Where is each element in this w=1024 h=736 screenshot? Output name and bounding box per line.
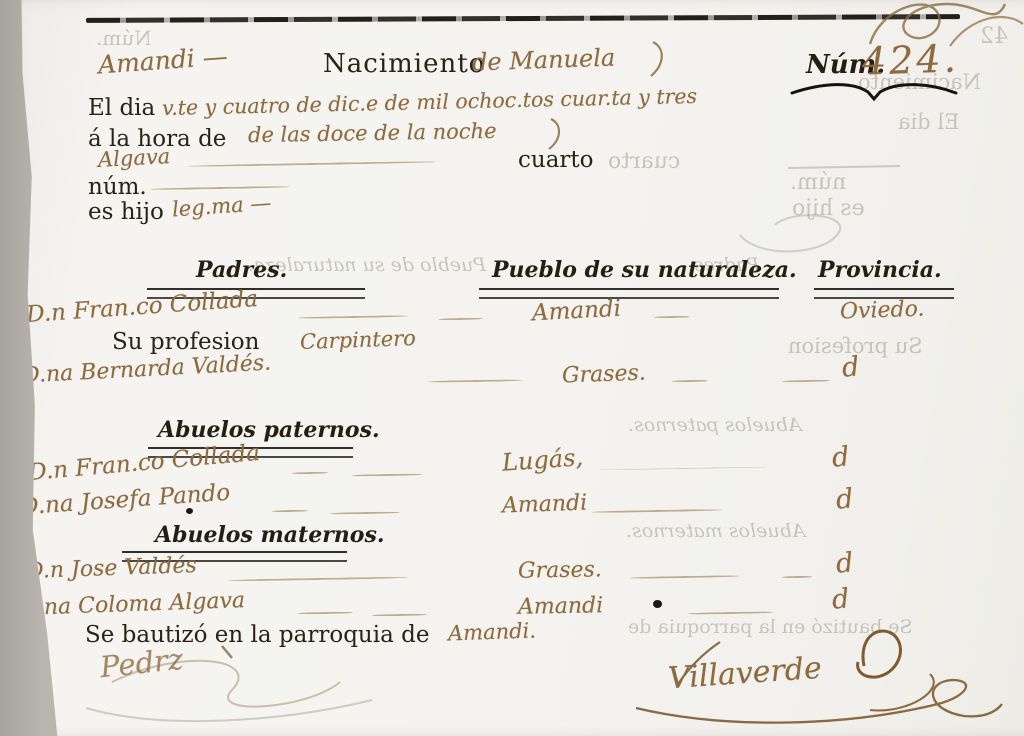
paternal-grandmother-pueblo: Amandi: [502, 491, 588, 519]
maternal-grandfather-pueblo: Grases.: [518, 557, 602, 583]
ink-dash: [292, 472, 328, 475]
header-rule: [479, 288, 779, 299]
bleedthrough-abuelos-maternos: Abuelos maternos.: [626, 520, 805, 542]
ink-dash: [150, 186, 290, 190]
number-value: 424.: [861, 36, 959, 83]
baptism-value: Amandi.: [448, 618, 537, 645]
ink-dash: [272, 510, 308, 513]
father-pueblo: Amandi: [531, 296, 621, 327]
section-header-abuelos-paternos: Abuelos paternos.: [158, 417, 380, 443]
ink-dash: [672, 380, 708, 383]
ink-dash: [228, 576, 408, 581]
paternal-grandfather-pueblo: Lugás,: [501, 443, 584, 477]
bleedthrough-cuarto: cuarto: [608, 149, 680, 174]
form-title: Nacimiento: [323, 49, 485, 79]
child-name-entry: de Manuela: [472, 44, 616, 77]
paternal-grandmother-name: D.na Josefa Pando: [19, 480, 231, 521]
mother-pueblo: Grases.: [562, 361, 647, 389]
paternal-grandmother-provincia-ditto: d: [835, 483, 855, 515]
bleedthrough-corner-number: 42: [980, 24, 1008, 49]
bleedthrough-dash: [788, 165, 900, 169]
column-header-padres: Padres.: [196, 257, 287, 283]
maternal-grandmother-name: D.na Coloma Algava: [20, 588, 246, 621]
pen-flourish-child: [645, 40, 671, 78]
mother-name: D.na Bernarda Valdés.: [22, 350, 272, 388]
father-provincia: Oviedo.: [840, 297, 925, 325]
street-value: Algava: [97, 144, 170, 172]
hour-value: de las doce de la noche: [248, 119, 497, 147]
ink-dash: [782, 380, 830, 383]
ink-dash: [188, 161, 436, 167]
ink-blot: [186, 508, 193, 514]
ink-dash: [592, 509, 722, 513]
ink-blot: [653, 600, 662, 608]
document-page: Núm. 42 Amandi — Nacimiento de Manuela N…: [0, 0, 1024, 736]
hijo-value: leg.ma —: [171, 191, 272, 222]
ink-dash: [330, 511, 400, 514]
cuarto-label: cuarto: [518, 147, 594, 173]
maternal-grandfather-name: D.n Jose Valdés: [26, 553, 198, 584]
maternal-grandmother-pueblo: Amandi: [518, 593, 604, 619]
ink-dash: [372, 614, 427, 617]
profession-label: Su profesion: [112, 329, 259, 355]
ink-dash: [352, 473, 422, 476]
ink-dash: [688, 611, 773, 614]
father-name: D.n Fran.co Collada: [25, 286, 258, 328]
day-label: El dia: [88, 95, 155, 121]
ink-dash: [630, 575, 740, 579]
maternal-grandfather-provincia-ditto: d: [835, 547, 855, 579]
day-value: v.te y cuatro de dic.e de mil ochoc.tos …: [162, 84, 698, 120]
number-underline-swash: [786, 80, 962, 104]
ink-dash: [428, 379, 523, 383]
column-header-provincia: Provincia.: [818, 257, 942, 283]
num-line-label: núm.: [88, 174, 147, 200]
hijo-label: es hijo: [88, 199, 164, 225]
maternal-grandmother-provincia-ditto: d: [831, 583, 851, 615]
profession-value: Carpintero: [300, 326, 417, 354]
top-rule: [86, 14, 960, 22]
paternal-grandfather-provincia-ditto: d: [831, 441, 851, 473]
ink-dash: [598, 467, 768, 471]
scanned-birth-record: Núm. 42 Amandi — Nacimiento de Manuela N…: [0, 0, 1024, 736]
ink-dash: [298, 612, 353, 615]
ink-dash: [298, 315, 408, 319]
ink-dash: [654, 316, 690, 319]
mother-provincia-ditto: d: [841, 351, 861, 383]
bleedthrough-abuelos-paternos: Abuelos paternos.: [628, 414, 802, 436]
pen-flourish-hour: [544, 117, 568, 151]
column-header-pueblo: Pueblo de su naturaleza.: [492, 257, 797, 283]
ink-dash: [438, 318, 483, 321]
bleedthrough-el-dia: El dia: [898, 110, 959, 134]
ink-dash: [782, 576, 812, 579]
bleedthrough-num-line: núm.: [790, 170, 846, 195]
section-header-abuelos-maternos: Abuelos maternos.: [155, 522, 385, 548]
